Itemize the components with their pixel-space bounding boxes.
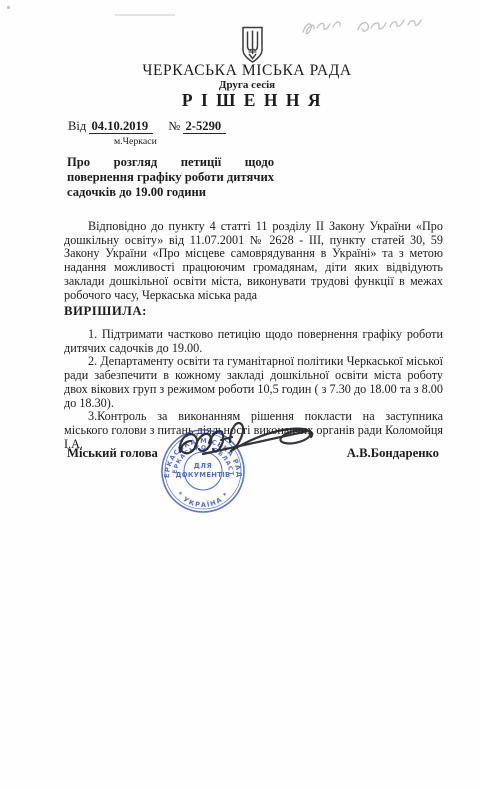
subject-paragraph: Про розгляд петиції щодо повернення граф… (67, 155, 274, 200)
number-label: № (168, 119, 180, 133)
city-label: м.Черкаси (114, 136, 157, 147)
resolved-heading: ВИРІШИЛА: (64, 304, 147, 319)
preamble-paragraph: Відповідно до пункту 4 статті 11 розділу… (64, 220, 443, 302)
scan-artifact-streak (115, 14, 175, 16)
handwritten-note (298, 12, 428, 44)
scan-artifact-dot (7, 6, 10, 9)
scanned-decision-document: ЧЕРКАСЬКА МІСЬКА РАДА Друга сесія РІШЕНН… (0, 0, 480, 789)
resolution-item-1: 1. Підтримати частково петицію щодо пове… (64, 328, 443, 355)
resolution-item-2: 2. Департаменту освіти та гуманітарної п… (64, 355, 443, 410)
date-number-row: Від 04.10.2019 № 2-5290 (68, 119, 226, 134)
document-type-title: РІШЕННЯ (33, 90, 469, 111)
date-value: 04.10.2019 (89, 119, 153, 134)
date-label: Від (68, 119, 86, 133)
tryzub-emblem-icon (239, 26, 266, 64)
signatory-title: Міський голова (67, 446, 158, 461)
mayor-signature (172, 416, 322, 478)
org-name: ЧЕРКАСЬКА МІСЬКА РАДА (33, 62, 461, 80)
number-value: 2-5290 (183, 119, 226, 134)
signatory-name: А.В.Бондаренко (347, 446, 439, 461)
